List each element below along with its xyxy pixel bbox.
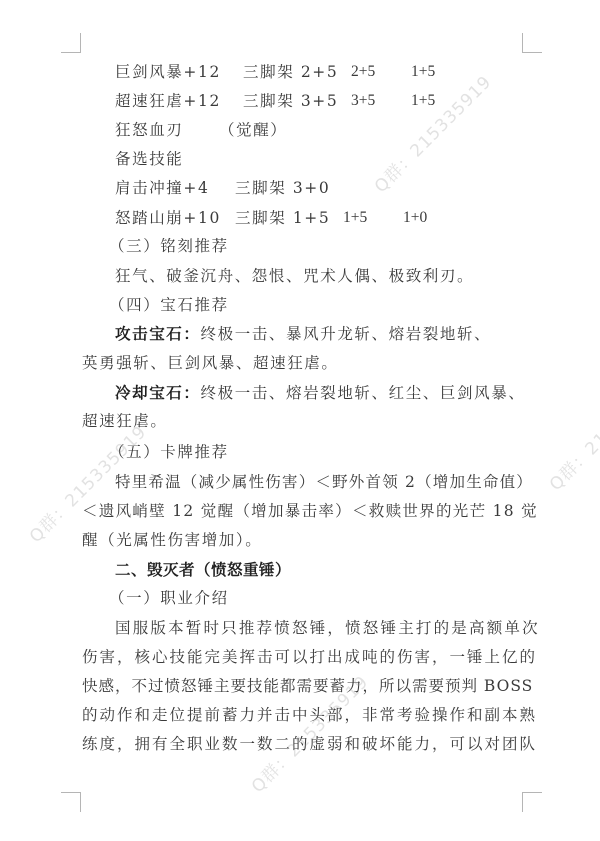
crop-mark-bottom-right xyxy=(522,792,542,812)
skill-tripod: 三脚架 3+0 xyxy=(235,178,330,198)
skill-name: 肩击冲撞+4 xyxy=(115,178,209,198)
skill-col2: 2+5 xyxy=(351,62,375,82)
skill-col2: 3+5 xyxy=(351,91,375,111)
skill-name: 巨剑风暴+12 xyxy=(115,62,221,82)
chapter-title-destroyer: 二、毁灭者（愤怒重锤） xyxy=(115,560,291,580)
skill-col3: 1+5 xyxy=(411,91,435,111)
intro-paragraph-line: 国服版本暂时只推荐愤怒锤，愤怒锤主打的是高额单次 xyxy=(115,618,540,638)
crop-mark-top-right xyxy=(522,33,542,53)
attack-gems-list: 终极一击、暴风升龙斩、熔岩裂地斩、 xyxy=(201,325,492,343)
skill-col2: 1+5 xyxy=(343,208,367,228)
cards-line-1: 特里希温（减少属性伤害）＜野外首领 2（增加生命值） xyxy=(115,472,533,492)
cooldown-gems-list: 终极一击、熔岩裂地斩、红尘、巨剑风暴、 xyxy=(201,384,526,402)
attack-gems-line: 攻击宝石：终极一击、暴风升龙斩、熔岩裂地斩、 xyxy=(115,324,491,344)
skill-col3: 1+0 xyxy=(403,208,427,228)
watermark: Q群：215335919 xyxy=(367,68,496,197)
skill-tripod: （觉醒） xyxy=(219,120,287,140)
crop-mark-top-left xyxy=(61,33,81,53)
inscription-list: 狂气、破釜沉舟、怨恨、咒术人偶、极致利刃。 xyxy=(115,266,474,286)
skill-col3: 1+5 xyxy=(411,62,435,82)
cooldown-gems-line: 冷却宝石：终极一击、熔岩裂地斩、红尘、巨剑风暴、 xyxy=(115,383,525,403)
skill-tripod: 三脚架 1+5 xyxy=(235,208,330,228)
section-heading-gems: （四）宝石推荐 xyxy=(109,295,229,315)
intro-paragraph-line: 快感，不过愤怒锤主要技能都需要蓄力，所以需要预判 BOSS xyxy=(82,676,533,696)
watermark: Q群：215335919 xyxy=(542,366,600,495)
cards-line-2: ＜遗风峭壁 12 觉醒（增加暴击率）＜救赎世界的光芒 18 觉 xyxy=(82,501,538,521)
cards-line-3: 醒（光属性伤害增加）。 xyxy=(82,530,262,550)
intro-paragraph-line: 伤害，核心技能完美挥击可以打出成吨的伤害，一锤上亿的 xyxy=(82,647,537,667)
section-heading-inscription: （三）铭刻推荐 xyxy=(109,236,229,256)
alt-skills-label: 备选技能 xyxy=(115,149,183,169)
skill-name: 怒踏山崩+10 xyxy=(115,208,221,228)
skill-tripod: 三脚架 2+5 xyxy=(243,62,338,82)
cooldown-gems-label: 冷却宝石： xyxy=(115,383,201,402)
section-heading-class-intro: （一）职业介绍 xyxy=(109,588,229,608)
crop-mark-bottom-left xyxy=(61,792,81,812)
skill-name: 超速狂虐+12 xyxy=(115,91,221,111)
skill-tripod: 三脚架 3+5 xyxy=(243,91,338,111)
attack-gems-label: 攻击宝石： xyxy=(115,324,201,343)
skill-name: 狂怒血刃 xyxy=(115,120,183,140)
attack-gems-list-cont: 英勇强斩、巨剑风暴、超速狂虐。 xyxy=(82,353,339,373)
